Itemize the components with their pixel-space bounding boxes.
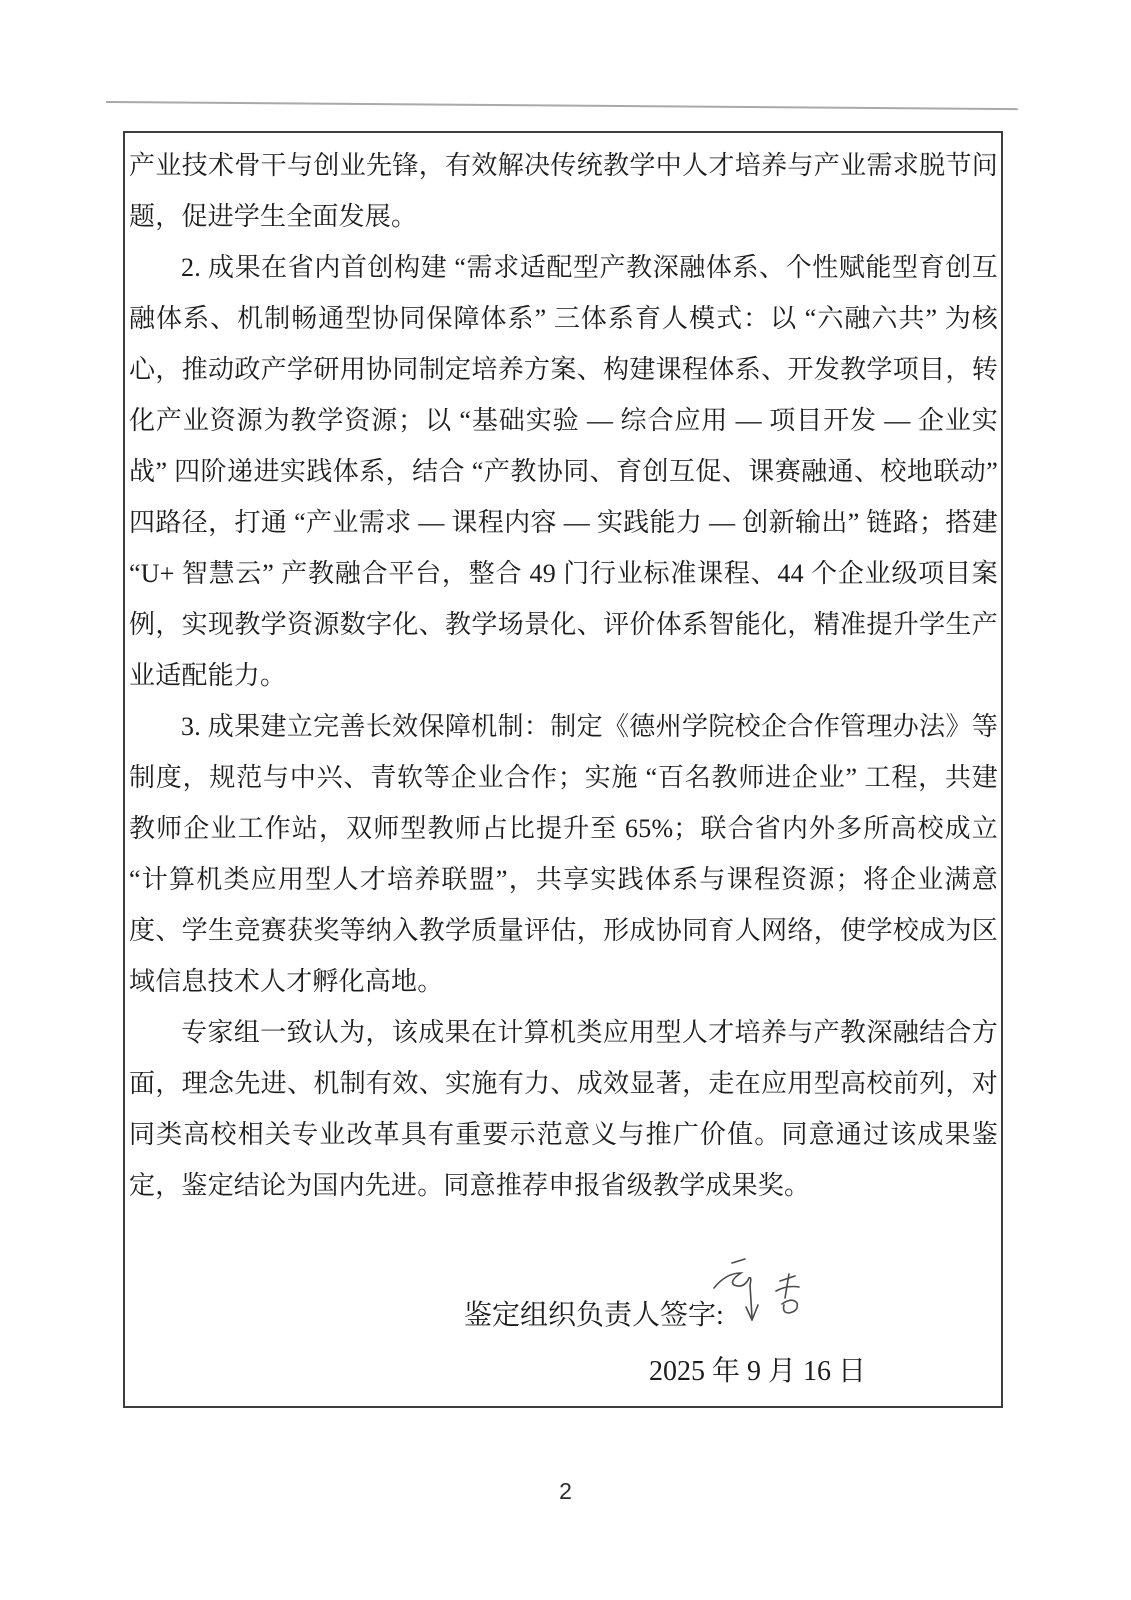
paragraph-continuation: 产业技术骨干与创业先锋，有效解决传统教学中人才培养与产业需求脱节问题，促进学生全… <box>129 140 998 242</box>
signature-label: 鉴定组织负责人签字: <box>464 1300 724 1331</box>
paragraph-conclusion: 专家组一致认为，该成果在计算机类应用型人才培养与产教深融结合方面，理念先进、机制… <box>129 1007 998 1211</box>
signature-date: 2025 年 9 月 16 日 <box>649 1355 998 1389</box>
appraisal-text-cell: 产业技术骨干与创业先锋，有效解决传统教学中人才培养与产业需求脱节问题，促进学生全… <box>123 131 1003 1408</box>
paragraph-achievement-2: 2. 成果在省内首创构建 “需求适配型产教深融体系、个性赋能型育创互融体系、机制… <box>129 242 998 701</box>
appraisal-body-text: 产业技术骨干与创业先锋，有效解决传统教学中人才培养与产业需求脱节问题，促进学生全… <box>129 140 998 1211</box>
paragraph-achievement-3: 3. 成果建立完善长效保障机制：制定《德州学院校企合作管理办法》等制度，规范与中… <box>129 701 998 1007</box>
signature-row: 鉴定组织负责人签字: <box>464 1299 998 1333</box>
scan-artifact-line <box>106 101 1018 110</box>
page-number: 2 <box>0 1478 1131 1505</box>
document-page: { "document": { "paragraphs": [ "产业技术骨干与… <box>0 0 1131 1600</box>
handwritten-signature-icon <box>704 1241 824 1336</box>
